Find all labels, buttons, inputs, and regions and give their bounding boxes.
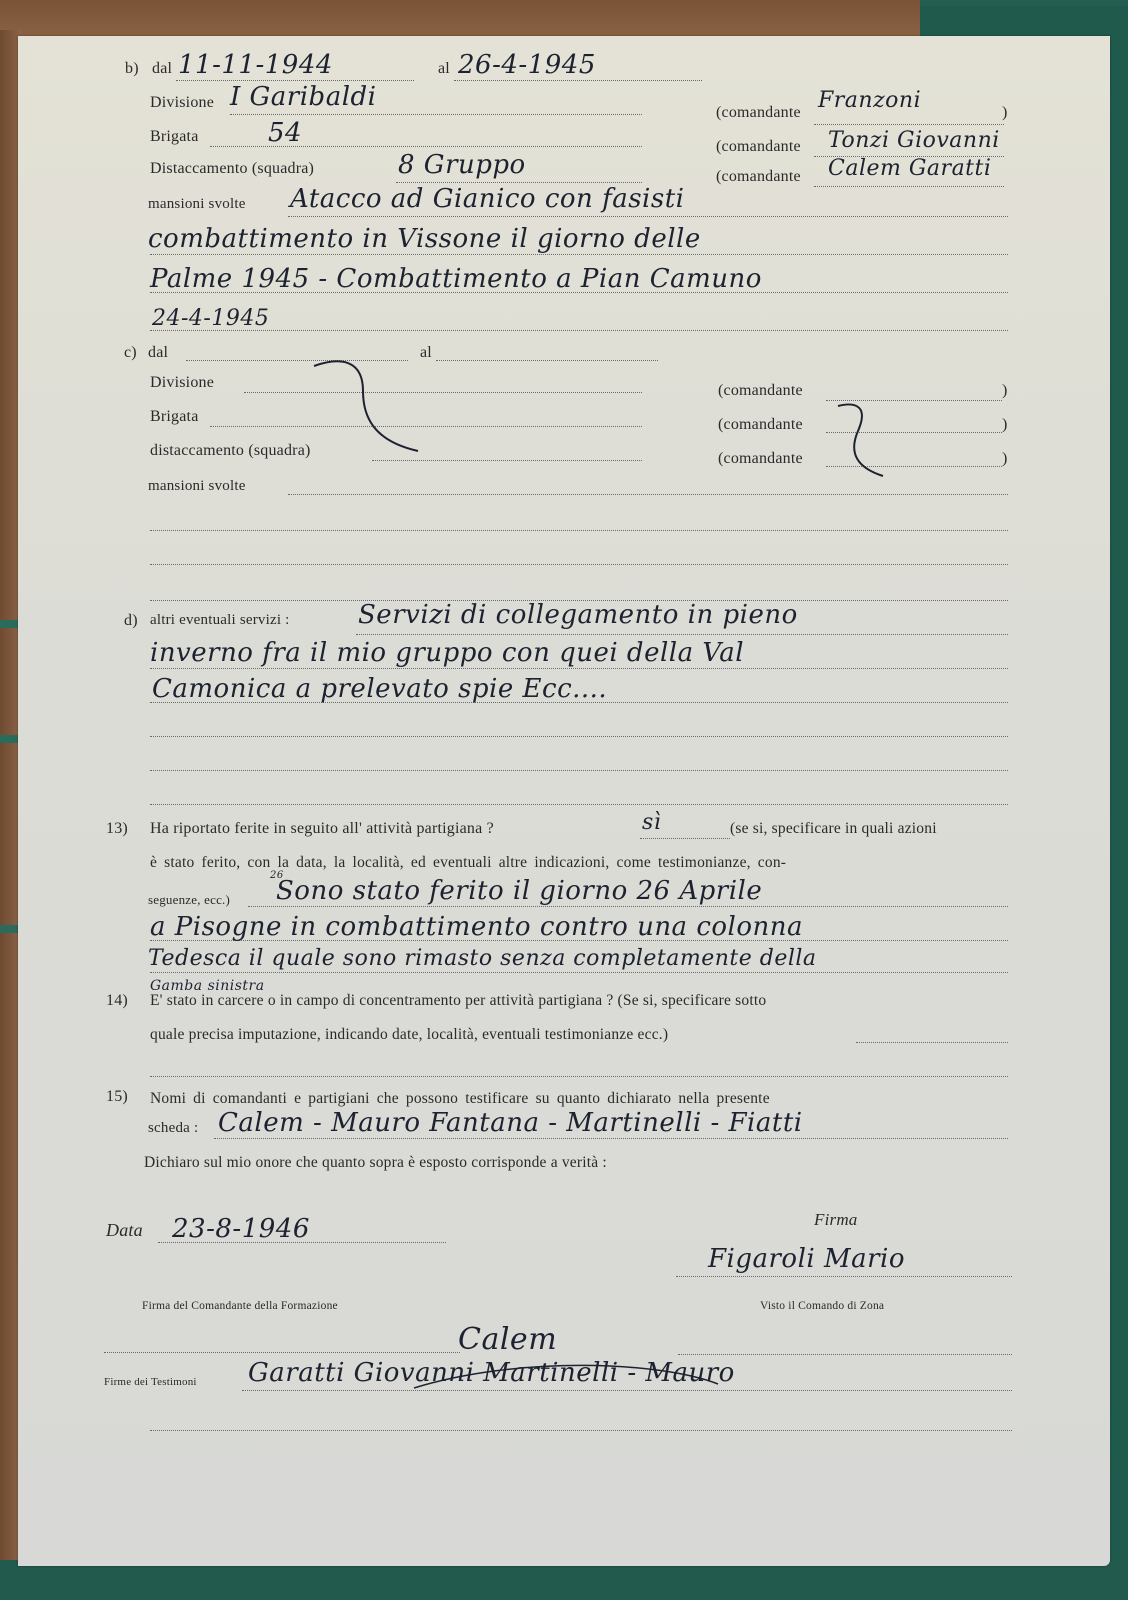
q14-answer-field[interactable] [150,1076,1008,1077]
binding-strip [0,925,20,933]
date-value[interactable]: 23-8-1946 [172,1214,310,1244]
q13-number: 13) [106,820,128,838]
section-b-duties-label: mansioni svolte [148,196,246,213]
section-c-division-field[interactable] [244,392,642,393]
section-b-brigade-commander-label: (comandante [716,138,801,156]
section-c-brigade-field[interactable] [210,426,642,427]
close-paren: ) [1002,382,1008,400]
q13-answer[interactable]: sì [642,810,661,835]
section-b-marker: b) [125,60,139,78]
section-b-to-label: al [438,60,450,78]
section-c-detachment-field[interactable] [372,460,642,461]
section-b-detachment-label: Distaccamento (squadra) [150,160,314,178]
formation-commander-signature[interactable]: Calem [458,1322,557,1357]
section-b-duties-line[interactable]: 24-4-1945 [152,306,269,331]
witnesses-extra-field[interactable] [150,1430,1012,1431]
q13-question: Ha riportato ferite in seguito all' atti… [150,820,494,838]
section-b-duties-line[interactable]: Atacco ad Gianico con fasisti [290,184,684,214]
signature-label: Firma [814,1210,858,1230]
q14-answer-field[interactable] [856,1042,1008,1043]
close-paren: ) [1002,416,1008,434]
section-b-to-value[interactable]: 26-4-1945 [458,50,596,80]
section-d-field[interactable] [150,736,1008,737]
section-c-detachment-label: distaccamento (squadra) [150,442,311,460]
q13-consequences-label: seguenze, ecc.) [148,892,230,908]
close-paren: ) [1002,104,1008,122]
section-c-from-field[interactable] [186,360,408,361]
section-d-field[interactable] [150,770,1008,771]
section-b-brigade-commander-value[interactable]: Tonzi Giovanni [828,128,1000,153]
signature-value[interactable]: Figaroli Mario [708,1244,905,1274]
section-c-division-label: Divisione [150,374,214,392]
q13-instructions-cont: è stato ferito, con la data, la località… [150,854,786,872]
section-c-duties-label: mansioni svolte [148,478,246,495]
section-c-to-field[interactable] [436,360,658,361]
section-b-from-label: dal [152,60,172,78]
section-c-detachment-commander-label: (comandante [718,450,803,468]
q14-number: 14) [106,992,128,1010]
q15-number: 15) [106,1088,128,1106]
section-c-brigade-commander-label: (comandante [718,416,803,434]
section-b-detachment-value[interactable]: 8 Gruppo [398,150,526,180]
section-b-division-commander-label: (comandante [716,104,801,122]
section-c-brigade-label: Brigata [150,408,199,426]
section-b-duties-line[interactable]: Palme 1945 - Combattimento a Pian Camuno [150,264,762,294]
section-d-line[interactable]: Servizi di collegamento in pieno [358,600,798,630]
section-b-brigade-label: Brigata [150,128,199,146]
q15-prefix: scheda : [148,1120,198,1137]
declaration-text: Dichiaro sul mio onore che quanto sopra … [144,1154,607,1172]
q13-instructions: (se si, specificare in quali azioni [730,820,937,838]
q14-question-cont: quale precisa imputazione, indicando dat… [150,1026,668,1044]
zone-command-label: Visto il Comando di Zona [760,1300,884,1312]
section-b-duties-line[interactable]: combattimento in Vissone il giorno delle [148,224,701,254]
section-c-from-label: dal [148,344,168,362]
background-bottom [0,1560,1128,1600]
q13-handwritten-line[interactable]: a Pisogne in combattimento contro una co… [150,912,803,942]
q14-question: E' stato in carcere o in campo di concen… [150,992,766,1010]
form-page: b) dal 11-11-1944 al 26-4-1945 Divisione… [18,36,1110,1566]
close-paren: ) [1002,450,1008,468]
formation-commander-signature-field[interactable] [104,1352,460,1353]
section-c-marker: c) [124,344,137,362]
q15-question: Nomi di comandanti e partigiani che poss… [150,1090,770,1108]
section-d-line[interactable]: Camonica a prelevato spie Ecc.... [152,674,607,704]
section-c-to-label: al [420,344,432,362]
section-c-detachment-commander-field[interactable] [826,466,1002,467]
section-d-marker: d) [124,612,138,630]
section-b-detachment-commander-label: (comandante [716,168,801,186]
section-b-detachment-commander-value[interactable]: Calem Garatti [828,156,991,181]
section-b-division-label: Divisione [150,94,214,112]
zone-command-signature-field[interactable] [678,1354,1012,1355]
witnesses-signatures[interactable]: Garatti Giovanni Martinelli - Mauro [248,1358,735,1388]
witnesses-label: Firme dei Testimoni [104,1376,197,1388]
binding-strip [0,735,20,743]
section-c-duties-field[interactable] [288,494,1008,495]
section-b-division-commander-value[interactable]: Franzoni [818,88,921,113]
binding-strip [0,620,20,628]
q13-handwritten-line[interactable]: Sono stato ferito il giorno 26 Aprile [276,876,762,906]
wood-surface [0,0,920,40]
section-b-brigade-value[interactable]: 54 [268,118,302,148]
section-b-from-value[interactable]: 11-11-1944 [178,50,333,80]
section-d-label: altri eventuali servizi : [150,612,290,629]
q13-handwritten-line[interactable]: Tedesca il quale sono rimasto senza comp… [148,946,817,971]
section-c-duties-field[interactable] [150,530,1008,531]
section-c-division-commander-field[interactable] [826,400,1002,401]
section-c-brigade-commander-field[interactable] [826,432,1002,433]
section-b-division-value[interactable]: I Garibaldi [230,82,376,112]
date-label: Data [106,1220,143,1241]
section-d-field[interactable] [150,804,1008,805]
section-c-duties-field[interactable] [150,564,1008,565]
section-c-division-commander-label: (comandante [718,382,803,400]
q15-answer[interactable]: Calem - Mauro Fantana - Martinelli - Fia… [218,1108,803,1138]
section-d-line[interactable]: inverno fra il mio gruppo con quei della… [150,638,744,668]
formation-commander-label: Firma del Comandante della Formazione [142,1300,338,1312]
